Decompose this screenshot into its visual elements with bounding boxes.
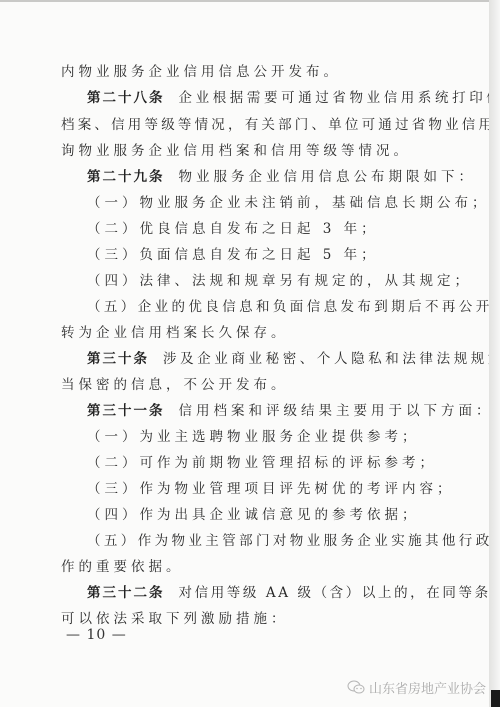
wechat-icon <box>346 679 366 695</box>
text-line: （一）物业服务企业未注销前，基础信息长期公布； <box>87 194 490 212</box>
line-text: 信用档案和评级结果主要用于以下方面： <box>179 403 494 419</box>
article-heading: 第三十条 <box>87 351 149 367</box>
text-line: 询物业服务企业信用档案和信用等级等情况。 <box>61 142 411 160</box>
text-line: 作的重要依据。 <box>61 558 184 576</box>
line-text: （四）法律、法规和规章另有规定的，从其规定； <box>87 273 472 289</box>
text-line: （四）法律、法规和规章另有规定的，从其规定； <box>87 272 472 290</box>
article-30: 第三十条涉及企业商业秘密、个人隐私和法律法规规定应 <box>87 350 500 368</box>
article-heading: 第三十一条 <box>87 403 165 419</box>
page-edge-shadow <box>489 0 500 707</box>
article-heading: 第二十九条 <box>87 169 165 185</box>
text-line: 当保密的信息，不公开发布。 <box>61 376 289 394</box>
line-text: （四）作为出具企业诚信意见的参考依据； <box>87 507 420 523</box>
line-text: 当保密的信息，不公开发布。 <box>61 377 289 393</box>
scan-corner <box>491 690 500 707</box>
line-text: （三）作为物业管理项目评先树优的考评内容； <box>87 481 455 497</box>
line-text: 涉及企业商业秘密、个人隐私和法律法规规定应 <box>163 351 500 367</box>
line-text: 询物业服务企业信用档案和信用等级等情况。 <box>61 143 411 159</box>
line-text: 作的重要依据。 <box>61 559 184 575</box>
text-line: 档案、信用等级等情况，有关部门、单位可通过省物业信用系统查 <box>61 116 500 134</box>
text-line: （二）优良信息自发布之日起 3 年； <box>87 220 379 238</box>
line-text: （二）优良信息自发布之日起 3 年； <box>87 221 379 237</box>
line-text: （一）物业服务企业未注销前，基础信息长期公布； <box>87 195 490 211</box>
document-page: 内物业服务企业信用信息公开发布。 第二十八条企业根据需要可通过省物业信用系统打印… <box>0 0 490 707</box>
text-line: （五）作为物业主管部门对物业服务企业实施其他行政监管工 <box>87 532 500 550</box>
text-line: （四）作为出具企业诚信意见的参考依据； <box>87 506 420 524</box>
line-text: （三）负面信息自发布之日起 5 年； <box>87 247 379 263</box>
line-text: 对信用等级 AA 级（含）以上的，在同等条件下 <box>179 585 500 601</box>
text-line: （五）企业的优良信息和负面信息发布到期后不再公开发布， <box>87 298 500 316</box>
article-heading: 第二十八条 <box>87 90 165 106</box>
line-text: （一）为业主选聘物业服务企业提供参考； <box>87 429 420 445</box>
text-line: （三）负面信息自发布之日起 5 年； <box>87 246 379 264</box>
line-text: （二）可作为前期物业管理招标的评标参考； <box>87 455 437 471</box>
line-text: 企业根据需要可通过省物业信用系统打印信用 <box>179 90 500 106</box>
text-line: （三）作为物业管理项目评先树优的考评内容； <box>87 480 455 498</box>
line-text: （五）企业的优良信息和负面信息发布到期后不再公开发布， <box>87 299 500 315</box>
text-line: （二）可作为前期物业管理招标的评标参考； <box>87 454 437 472</box>
line-text: 物业服务企业信用信息公布期限如下： <box>179 169 477 185</box>
article-28: 第二十八条企业根据需要可通过省物业信用系统打印信用 <box>87 89 500 107</box>
watermark-text: 山东省房地产业协会 <box>369 678 486 697</box>
article-31: 第三十一条信用档案和评级结果主要用于以下方面： <box>87 402 494 420</box>
line-text: 档案、信用等级等情况，有关部门、单位可通过省物业信用系统查 <box>61 117 500 133</box>
page-number: — 10 — <box>66 627 127 643</box>
article-29: 第二十九条物业服务企业信用信息公布期限如下： <box>87 168 476 186</box>
line-text: （五）作为物业主管部门对物业服务企业实施其他行政监管工 <box>87 533 500 549</box>
text-line: （一）为业主选聘物业服务企业提供参考； <box>87 428 420 446</box>
line-text: 可以依法采取下列激励措施： <box>61 611 289 627</box>
text-line: 可以依法采取下列激励措施： <box>61 610 289 628</box>
watermark: 山东省房地产业协会 <box>346 678 486 696</box>
text-line: 内物业服务企业信用信息公开发布。 <box>61 63 341 81</box>
page-top-edge <box>0 0 500 2</box>
article-32: 第三十二条对信用等级 AA 级（含）以上的，在同等条件下 <box>87 584 500 602</box>
text-line: 转为企业信用档案长久保存。 <box>61 324 289 342</box>
line-text: 内物业服务企业信用信息公开发布。 <box>61 64 341 80</box>
line-text: 转为企业信用档案长久保存。 <box>61 325 289 341</box>
article-heading: 第三十二条 <box>87 585 165 601</box>
